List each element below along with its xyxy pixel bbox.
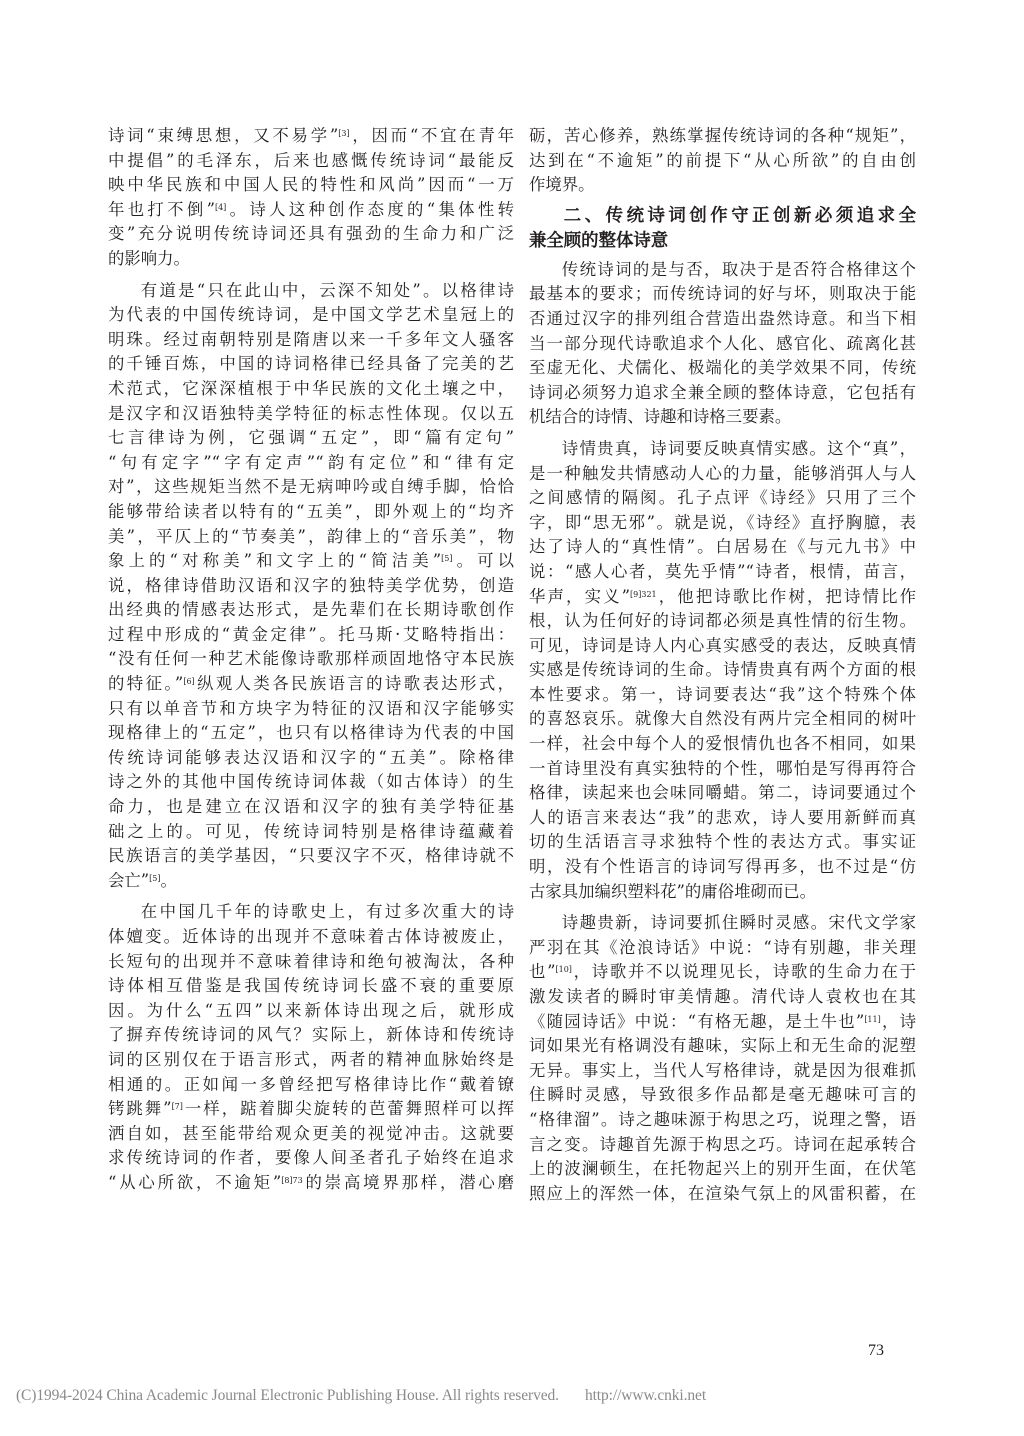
text-line: 中提倡”的毛泽东，后来也感慨传统诗词“最能反 [108,149,514,174]
text-line: 映中华民族和中国人民的特性和风尚”因而“一万 [108,173,514,198]
section-heading-line-1: 二、传统诗词创作守正创新必须追求全 [529,204,916,230]
text-line: 诗情贵真，诗词要反映真情实感。这个“真”， [529,437,916,462]
text-line: 至虚无化、犬儒化、极端化的美学效果不同，传统 [529,356,916,381]
text-line: 诗体相互借鉴是我国传统诗词长盛不衰的重要原 [108,974,514,999]
text-line: 变”充分说明传统诗词还具有强劲的生命力和广泛 [108,222,514,247]
text-line: “格律溜”。诗之趣味源于构思之巧，说理之警，语 [529,1108,916,1133]
text-line: 切的生活语言寻求独特个性的表达方式。事实证 [529,830,916,855]
text-line: 言之变。诗趣首先源于构思之巧。诗词在起承转合 [529,1133,916,1158]
text-line: 词的区别仅在于语言形式，两者的精神血脉始终是 [108,1048,514,1073]
text-line: 现格律上的“五定”，也只有以格律诗为代表的中国 [108,721,514,746]
citation-marker: [6] [183,677,194,686]
text-line: 长短句的出现并不意味着律诗和绝句被淘汰，各种 [108,950,514,975]
text-line: 美”，平仄上的“节奏美”，韵律上的“音乐美”，物 [108,525,514,550]
text-line: 可见，诗词是诗人内心真实感受的表达，反映真情 [529,634,916,659]
paragraph-gap [529,430,916,437]
text-line: 的喜怒哀乐。就像大自然没有两片完全相同的树叶 [529,707,916,732]
text-line: 会亡”[5]。 [108,869,514,894]
right-column: 砺，苦心修养，熟练掌握传统诗词的各种“规矩”，达到在“不逾矩”的前提下“从心所欲… [529,124,916,1206]
text-line: 出经典的情感表达形式，是先辈们在长期诗歌创作 [108,598,514,623]
text-line: 根，认为任何好的诗词都必须是真性情的衍生物。 [529,609,916,634]
text-line: 作境界。 [529,173,916,198]
text-line: 激发读者的瞬时审美情趣。清代诗人袁枚也在其 [529,985,916,1010]
text-line: 诗趣贵新，诗词要抓住瞬时灵感。宋代文学家 [529,911,916,936]
text-line: 实感是传统诗词的生命。诗情贵真有两个方面的根 [529,658,916,683]
section-heading: 二、传统诗词创作守正创新必须追求全 兼全顾的整体诗意 [529,204,916,255]
text-line: 为代表的中国传统诗词，是中国文学艺术皇冠上的 [108,303,514,328]
text-line: 砺，苦心修养，熟练掌握传统诗词的各种“规矩”， [529,124,916,149]
text-line: 达到在“不逾矩”的前提下“从心所欲”的自由创 [529,149,916,174]
text-line: 能够带给读者以特有的“五美”，即外观上的“均齐 [108,500,514,525]
text-line: 传统诗词能够表达汉语和汉字的“五美”。除格律 [108,746,514,771]
text-line: 的千锤百炼，中国的诗词格律已经具备了完美的艺 [108,352,514,377]
text-line: 明，没有个性语言的诗词写得再多，也不过是“仿 [529,855,916,880]
text-line: 对”，这些规矩当然不是无病呻吟或自缚手脚，恰恰 [108,475,514,500]
text-line: 体嬗变。近体诗的出现并不意味着古体诗被废止， [108,925,514,950]
citation-marker: [9]321 [630,590,657,599]
copyright-footer: (C)1994-2024 China Academic Journal Elec… [16,1387,706,1405]
citation-marker: [5] [441,554,452,563]
text-line: “句有定字”“字有定声”“韵有定位”和“律有定 [108,451,514,476]
left-column: 诗词“束缚思想，又不易学”[3]，因而“不宜在青年中提倡”的毛泽东，后来也感慨传… [108,124,514,1196]
citation-marker: [7] [172,1102,183,1111]
text-line: 术范式，它深深植根于中华民族的文化土壤之中， [108,377,514,402]
text-line: 格律，读起来也会味同嚼蜡。第二，诗词要通过个 [529,781,916,806]
text-line: 铐跳舞”[7]一样，踮着脚尖旋转的芭蕾舞照样可以挥 [108,1097,514,1122]
cnki-link[interactable]: http://www.cnki.net [585,1387,706,1404]
text-line: 当一部分现代诗歌追求个人化、感官化、疏离化甚 [529,332,916,357]
text-line: 最基本的要求；而传统诗词的好与坏，则取决于能 [529,282,916,307]
text-line: 过程中形成的“黄金定律”。托马斯·艾略特指出： [108,623,514,648]
paragraph-gap [108,272,514,279]
text-line: 本性要求。第一，诗词要表达“我”这个特殊个体 [529,683,916,708]
text-line: 因。为什么“五四”以来新体诗出现之后，就形成 [108,999,514,1024]
text-line: 在中国几千年的诗歌史上，有过多次重大的诗 [108,900,514,925]
citation-marker: [11] [864,1015,880,1024]
text-line: 有道是“只在此山中，云深不知处”。以格律诗 [108,279,514,304]
text-line: 机结合的诗情、诗趣和诗格三要素。 [529,405,916,430]
text-line: 一首诗里没有真实独特的个性，哪怕是写得再符合 [529,757,916,782]
copyright-text: (C)1994-2024 China Academic Journal Elec… [16,1387,559,1404]
text-line: 说，格律诗借助汉语和汉字的独特美学优势，创造 [108,574,514,599]
text-line: 上的波澜顿生，在托物起兴上的别开生面，在伏笔 [529,1157,916,1182]
text-line: 《随园诗话》中说：“有格无趣，是土牛也”[11]，诗 [529,1010,916,1035]
text-line: 是一种触发共情感动人心的力量，能够消弭人与人 [529,462,916,487]
text-line: 照应上的浑然一体，在渲染气氛上的风雷积蓄，在 [529,1182,916,1207]
text-line: 的影响力。 [108,247,514,272]
paragraph-gap [108,893,514,900]
text-line: 也”[10]，诗歌并不以说理见长，诗歌的生命力在于 [529,960,916,985]
text-line: 之间感情的隔阂。孔子点评《诗经》只用了三个 [529,486,916,511]
text-line: 严羽在其《沧浪诗话》中说：“诗有别趣，非关理 [529,936,916,961]
text-line: “没有任何一种艺术能像诗歌那样顽固地恪守本民族 [108,647,514,672]
citation-marker: [5] [149,874,160,883]
text-line: 住瞬时灵感，导致很多作品都是毫无趣味可言的 [529,1083,916,1108]
text-line: 年也打不倒”[4]。诗人这种创作态度的“集体性转 [108,198,514,223]
text-line: 求传统诗词的作者，要像人间圣者孔子始终在追求 [108,1146,514,1171]
text-line: 一样，社会中每个人的爱恨情仇也各不相同，如果 [529,732,916,757]
text-line: 人的语言来表达“我”的悲欢，诗人要用新鲜而真 [529,806,916,831]
text-line: 洒自如，甚至能带给观众更美的视觉冲击。这就要 [108,1122,514,1147]
text-line: 无异。事实上，当代人写格律诗，就是因为很难抓 [529,1059,916,1084]
page-number: 73 [868,1342,884,1360]
section-heading-line-2: 兼全顾的整体诗意 [529,229,916,255]
text-line: 是汉字和汉语独特美学特征的标志性体现。仅以五 [108,402,514,427]
text-line: 词如果光有格调没有趣味，实际上和无生命的泥塑 [529,1034,916,1059]
citation-marker: [8]73 [281,1176,303,1185]
text-line: 诗词“束缚思想，又不易学”[3]，因而“不宜在青年 [108,124,514,149]
text-line: 说：“感人心者，莫先乎情”“诗者，根情，苗言， [529,560,916,585]
text-line: 传统诗词的是与否，取决于是否符合格律这个 [529,258,916,283]
text-line: 七言律诗为例，它强调“五定”，即“篇有定句” [108,426,514,451]
text-line: 了摒弃传统诗词的风气？实际上，新体诗和传统诗 [108,1023,514,1048]
text-line: 明珠。经过南朝特别是隋唐以来一千多年文人骚客 [108,328,514,353]
paragraph-gap [529,904,916,911]
text-line: 础之上的。可见，传统诗词特别是格律诗蕴藏着 [108,820,514,845]
text-line: 字，即“思无邪”。就是说，《诗经》直抒胸臆，表 [529,511,916,536]
citation-marker: [4] [215,203,226,212]
text-line: 否通过汉字的排列组合营造出盎然诗意。和当下相 [529,307,916,332]
citation-marker: [3] [338,129,349,138]
text-line: 命力，也是建立在汉语和汉字的独有美学特征基 [108,795,514,820]
text-line: 诗之外的其他中国传统诗词体裁（如古体诗）的生 [108,770,514,795]
text-line: 诗词必须努力追求全兼全顾的整体诗意，它包括有 [529,381,916,406]
text-line: 民族语言的美学基因，“只要汉字不灭，格律诗就不 [108,844,514,869]
text-line: 的特征。”[6]纵观人类各民族语言的诗歌表达形式， [108,672,514,697]
text-line: 古家具加编织塑料花”的庸俗堆砌而已。 [529,880,916,905]
text-line: 相通的。正如闻一多曾经把写格律诗比作“戴着镣 [108,1073,514,1098]
citation-marker: [10] [556,965,572,974]
text-line: 象上的“对称美”和文字上的“简洁美”[5]。可以 [108,549,514,574]
text-line: “从心所欲，不逾矩”[8]73的崇高境界那样，潜心磨 [108,1171,514,1196]
text-line: 华声，实义”[9]321，他把诗歌比作树，把诗情比作 [529,585,916,610]
text-line: 达了诗人的“真性情”。白居易在《与元九书》中 [529,535,916,560]
text-line: 只有以单音节和方块字为特征的汉语和汉字能够实 [108,697,514,722]
